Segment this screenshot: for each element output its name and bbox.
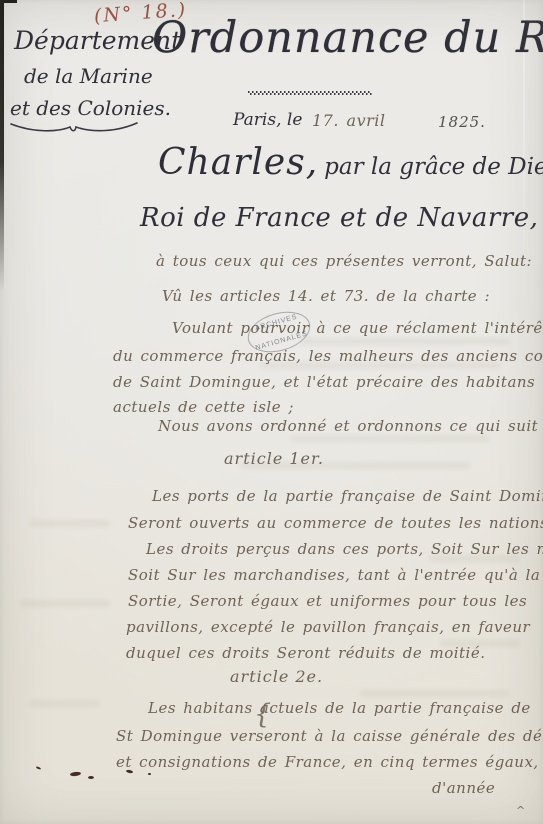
dateline-year: 1825. [438, 113, 486, 131]
salutation-line: à tous ceux qui ces présentes verront, S… [156, 252, 532, 270]
bleedthrough-mark [20, 600, 110, 607]
caret-mark: ^ [516, 804, 525, 817]
page-edge-shadow-top [0, 0, 17, 3]
page-title: Ordonnance du Roi. [152, 13, 543, 63]
decorative-dotted-rule [248, 91, 372, 95]
bleedthrough-mark [440, 640, 520, 647]
article2-heading: article 2e. [230, 667, 323, 686]
bleedthrough-mark [30, 520, 110, 527]
article2-line: Les habitans actuels de la partie frança… [148, 699, 531, 717]
article1-line: Sortie, Seront égaux et uniformes pour t… [128, 592, 527, 610]
page-edge-shadow-left [0, 0, 4, 292]
article1-line: Seront ouverts au commerce de toutes les… [128, 514, 543, 532]
article1-line: Les ports de la partie française de Sain… [152, 487, 543, 505]
bleedthrough-mark [240, 462, 470, 469]
article2-line: et consignations de France, en cinq term… [116, 753, 539, 771]
dateline-place: Paris, le [233, 110, 302, 130]
royal-title-line: Roi de France et de Navarre, [140, 203, 538, 233]
document-page: (N° 18.) Département de la Marine et des… [0, 0, 543, 824]
bleedthrough-mark [260, 362, 500, 369]
bleedthrough-mark [300, 338, 510, 345]
letterhead-marine: de la Marine [24, 64, 153, 88]
catchword: d'année [432, 779, 495, 797]
bleedthrough-mark [290, 435, 490, 442]
article2-line: St Domingue verseront à la caisse généra… [116, 727, 543, 745]
letterhead-colonies: et des Colonies. [10, 96, 171, 120]
voulant-line: actuels de cette isle ; [113, 398, 294, 416]
bleedthrough-mark [430, 555, 520, 562]
royal-name: Charles, [158, 142, 318, 183]
ink-smudge [126, 769, 133, 773]
enactment-line: Nous avons ordonné et ordonnons ce qui s… [158, 417, 543, 435]
bleedthrough-mark [30, 700, 100, 707]
article1-line: duquel ces droits Seront réduits de moit… [126, 644, 486, 662]
ink-smudge [148, 773, 151, 775]
flourish-underline [8, 120, 140, 135]
voulant-line: de Saint Domingue, et l'état précaire de… [113, 373, 535, 391]
ink-smudge [88, 776, 94, 779]
ink-smudge [70, 771, 81, 776]
article1-line: pavillons, excepté le pavillon français,… [126, 618, 530, 636]
royal-name-line: Charles,par la grâce de Dieu, [158, 142, 543, 183]
dateline-day-month: 17. avril [312, 111, 386, 130]
article1-line: Soit Sur les marchandises, tant à l'entr… [128, 566, 540, 584]
voulant-line: Voulant pourvoir à ce que réclament l'in… [172, 319, 543, 337]
insertion-brace-mark: { [254, 699, 271, 730]
royal-grace-phrase: par la grâce de Dieu, [324, 154, 543, 180]
vu-clause: Vû les articles 14. et 73. de la charte … [162, 287, 490, 305]
bleedthrough-mark [360, 690, 510, 697]
ink-smudge [36, 766, 41, 770]
